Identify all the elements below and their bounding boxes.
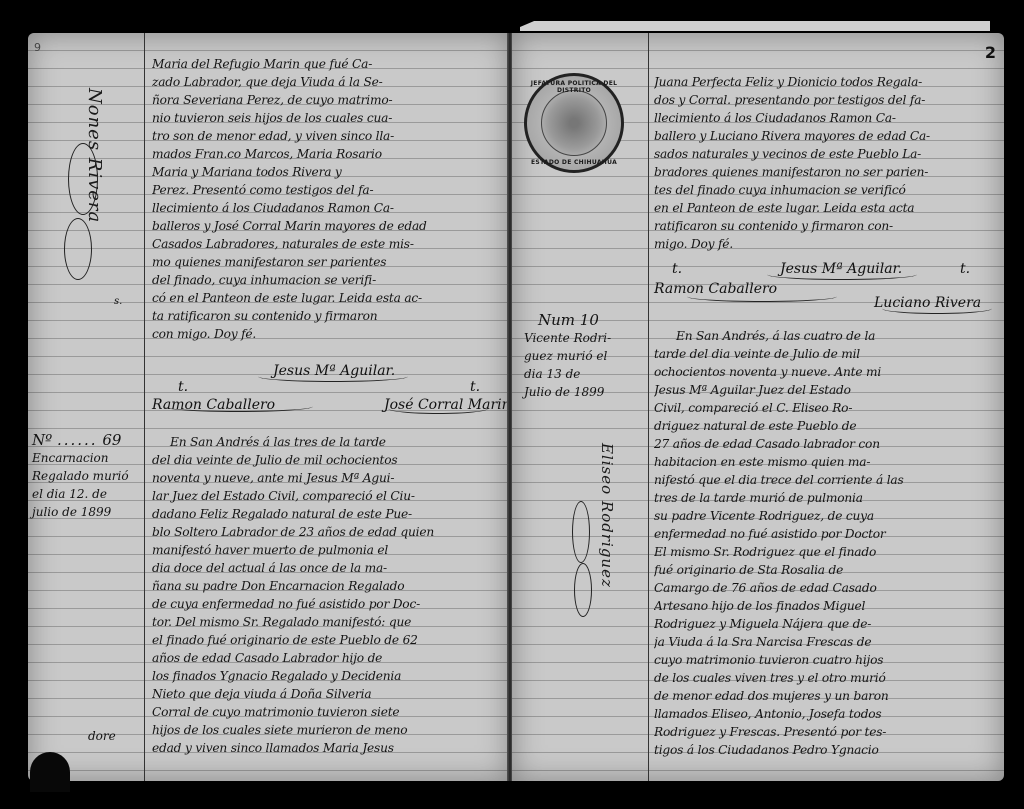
text-line: dos y Corral. presentando por testigos d… <box>654 91 998 109</box>
text-line: ñora Severiana Perez, de cuyo matrimo- <box>152 91 504 109</box>
text-line: llecimiento á los Ciudadanos Ramon Ca- <box>654 109 998 127</box>
flourish-decoration <box>574 563 592 617</box>
entry-number: 69 <box>102 431 121 449</box>
text-line: ja Viuda á la Sra Narcisa Frescas de <box>654 633 998 651</box>
text-line: tor. Del mismo Sr. Regalado manifestó: q… <box>152 613 504 631</box>
text-line: Jesus Mª Aguilar Juez del Estado <box>654 381 998 399</box>
caption-line: Encarnacion <box>32 449 142 467</box>
text-line: ñana su padre Don Encarnacion Regalado <box>152 577 504 595</box>
seal-text-top: JEFATURA POLITICA DEL DISTRITO <box>527 80 621 94</box>
text-line: zado Labrador, que deja Viuda á la Se- <box>152 73 504 91</box>
text-line: bradores quienes manifestaron no ser par… <box>654 163 998 181</box>
text-line: llecimiento á los Ciudadanos Ramon Ca- <box>152 199 504 217</box>
text-line: ochocientos noventa y nueve. Ante mi <box>654 363 998 381</box>
witness-mark: t. <box>672 261 682 277</box>
text-line: tarde del dia veinte de Julio de mil <box>654 345 998 363</box>
loose-sheet-edge <box>520 21 990 31</box>
text-line: los finados Ygnacio Regalado y Decidenia <box>152 667 504 685</box>
text-line: migo. Doy fé. <box>654 235 998 253</box>
text-line: Perez. Presentó como testigos del fa- <box>152 181 504 199</box>
signature-flourish <box>163 401 313 412</box>
flourish-decoration <box>68 143 98 215</box>
text-line: llamados Eliseo, Antonio, Josefa todos <box>654 705 998 723</box>
entry-number-row: Nº ...... 69 <box>32 431 142 449</box>
signature-flourish <box>258 371 408 382</box>
text-line: del finado, cuya inhumacion se verifi- <box>152 271 504 289</box>
entry-number-dots: ...... <box>57 431 98 449</box>
text-line: Maria y Mariana todos Rivera y <box>152 163 504 181</box>
page-number: 2 <box>985 43 996 62</box>
text-line: hijos de los cuales siete murieron de me… <box>152 721 504 739</box>
corner-mark: 9 <box>34 41 41 54</box>
margin-rule <box>144 33 145 781</box>
text-line: Rodriguez y Miguela Nájera que de- <box>654 615 998 633</box>
text-line: años de edad Casado Labrador hijo de <box>152 649 504 667</box>
official-seal: JEFATURA POLITICA DEL DISTRITO ESTADO DE… <box>524 73 624 173</box>
text-line: mados Fran.co Marcos, Maria Rosario <box>152 145 504 163</box>
text-line: tres de la tarde murió de pulmonia <box>654 489 998 507</box>
text-line: En San Andrés, á las cuatro de la <box>654 327 998 345</box>
text-line: có en el Panteon de este lugar. Leida es… <box>152 289 504 307</box>
right-entry-text: En San Andrés, á las cuatro de la tarde … <box>654 327 998 759</box>
right-page: 2 JEFATURA POLITICA DEL DISTRITO ESTADO … <box>512 33 1004 781</box>
text-line: dia doce del actual á las once de la ma- <box>152 559 504 577</box>
text-line: Corral de cuyo matrimonio tuvieron siete <box>152 703 504 721</box>
text-line: balleros y José Corral Marin mayores de … <box>152 217 504 235</box>
text-line: nifestó que el dia trece del corriente á… <box>654 471 998 489</box>
text-line: Camargo de 76 años de edad Casado <box>654 579 998 597</box>
text-line: ta ratificaron su contenido y firmaron <box>152 307 504 325</box>
left-continuation-text: Maria del Refugio Marin que fué Ca- zado… <box>152 55 504 343</box>
text-line: tes del finado cuya inhumacion se verifi… <box>654 181 998 199</box>
text-line: tro son de menor edad, y viven sinco lla… <box>152 127 504 145</box>
text-line: ratificaron su contenido y firmaron con- <box>654 217 998 235</box>
text-line: del dia veinte de Julio de mil ochocient… <box>152 451 504 469</box>
entry-margin-caption: Num 10 Vicente Rodri- guez murió el dia … <box>524 311 644 401</box>
text-line: mo quienes manifestaron ser parientes <box>152 253 504 271</box>
seal-text-bottom: ESTADO DE CHIHUAHUA <box>527 159 621 166</box>
text-line: 27 años de edad Casado labrador con <box>654 435 998 453</box>
text-line: nio tuvieron seis hijos de los cuales cu… <box>152 109 504 127</box>
margin-bottom-note: dore <box>88 727 116 745</box>
text-line: Maria del Refugio Marin que fué Ca- <box>152 55 504 73</box>
text-line: Juana Perfecta Feliz y Dionicio todos Re… <box>654 73 998 91</box>
text-line: su padre Vicente Rodriguez, de cuya <box>654 507 998 525</box>
signature-flourish <box>882 303 992 314</box>
caption-line: Regalado murió <box>32 467 142 485</box>
caption-line: dia 13 de <box>524 365 644 383</box>
text-line: noventa y nueve, ante mi Jesus Mª Agui- <box>152 469 504 487</box>
seal-emblem <box>541 90 607 156</box>
margin-rule <box>648 33 649 781</box>
caption-line: julio de 1899 <box>32 503 142 521</box>
text-line: enfermedad no fué asistido por Doctor <box>654 525 998 543</box>
text-line: En San Andrés á las tres de la tarde <box>152 433 504 451</box>
signature-flourish <box>388 403 488 414</box>
text-line: Nieto que deja viuda á Doña Silveria <box>152 685 504 703</box>
flourish-decoration <box>572 501 590 563</box>
text-line: Casados Labradores, naturales de este mi… <box>152 235 504 253</box>
text-line: habitacion en este mismo quien ma- <box>654 453 998 471</box>
signature-flourish <box>767 269 917 280</box>
text-line: con migo. Doy fé. <box>152 325 504 343</box>
text-line: edad y viven sinco llamados Maria Jesus <box>152 739 504 757</box>
text-line: Artesano hijo de los finados Miguel <box>654 597 998 615</box>
text-line: tigos á los Ciudadanos Pedro Ygnacio <box>654 741 998 759</box>
text-line: ballero y Luciano Rivera mayores de edad… <box>654 127 998 145</box>
text-line: lar Juez del Estado Civil, compareció el… <box>152 487 504 505</box>
flourish-decoration <box>64 218 92 280</box>
text-line: El mismo Sr. Rodriguez que el finado <box>654 543 998 561</box>
entry-number-label: Nº <box>32 431 52 449</box>
text-line: dadano Feliz Regalado natural de este Pu… <box>152 505 504 523</box>
witness-mark: t. <box>470 379 480 395</box>
text-line: Rodriguez y Frescas. Presentó por tes- <box>654 723 998 741</box>
text-line: de menor edad dos mujeres y un baron <box>654 687 998 705</box>
text-line: driguez natural de este Pueblo de <box>654 417 998 435</box>
left-entry-text: En San Andrés á las tres de la tarde del… <box>152 433 504 757</box>
text-line: sados naturales y vecinos de este Pueblo… <box>654 145 998 163</box>
text-line: blo Soltero Labrador de 23 años de edad … <box>152 523 504 541</box>
caption-line: Julio de 1899 <box>524 383 644 401</box>
margin-mark: s. <box>114 293 122 311</box>
thumb-shadow <box>30 752 70 792</box>
text-line: de cuya enfermedad no fué asistido por D… <box>152 595 504 613</box>
caption-line: guez murió el <box>524 347 644 365</box>
witness-mark: t. <box>178 379 188 395</box>
text-line: fué originario de Sta Rosalia de <box>654 561 998 579</box>
text-line: manifestó haver muerto de pulmonia el <box>152 541 504 559</box>
text-line: cuyo matrimonio tuvieron cuatro hijos <box>654 651 998 669</box>
entry-margin-caption: Nº ...... 69 Encarnacion Regalado murió … <box>32 431 142 521</box>
text-line: de los cuales viven tres y el otro murió <box>654 669 998 687</box>
text-line: Civil, compareció el C. Eliseo Ro- <box>654 399 998 417</box>
margin-vertical-name: Eliseo Rodriguez <box>598 443 616 643</box>
entry-number: Num 10 <box>524 311 644 329</box>
right-continuation-text: Juana Perfecta Feliz y Dionicio todos Re… <box>654 73 998 253</box>
text-line: en el Panteon de este lugar. Leida esta … <box>654 199 998 217</box>
caption-line: el dia 12. de <box>32 485 142 503</box>
witness-mark: t. <box>960 261 970 277</box>
signature-flourish <box>687 291 837 302</box>
left-page: 9 Nones Rivera s. Maria del Refugio Mari… <box>28 33 510 781</box>
caption-line: Vicente Rodri- <box>524 329 644 347</box>
text-line: el finado fué originario de este Pueblo … <box>152 631 504 649</box>
